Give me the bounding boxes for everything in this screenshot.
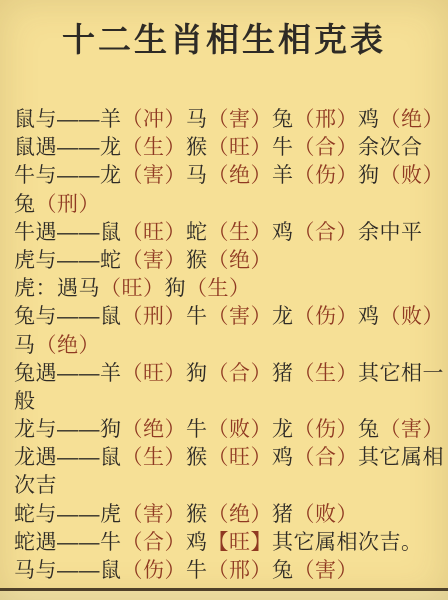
zodiac-text: 狗: [358, 164, 380, 187]
zodiac-table: 鼠与——羊（冲）马（害）兔（邢）鸡（绝）鼠遇——龙（生）猴（旺）牛（合）余次合牛…: [14, 106, 442, 585]
photo-bottom-band: [0, 591, 448, 600]
zodiac-text: 鸡: [272, 446, 294, 469]
zodiac-text: 马: [14, 334, 36, 357]
table-row: 牛遇——鼠（旺）蛇（生）鸡（合）余中平: [14, 219, 442, 247]
zodiac-text: 龙: [272, 305, 294, 328]
relation-term: （绝）: [380, 108, 445, 131]
table-row: 鼠遇——龙（生）猴（旺）牛（合）余次合: [14, 134, 442, 162]
zodiac-text: 兔: [272, 108, 294, 131]
table-row: 虎与——蛇（害）猴（绝）: [14, 247, 442, 275]
relation-term: （伤）: [294, 164, 359, 187]
zodiac-text: 兔: [272, 559, 294, 582]
relation-term: （害）: [122, 503, 187, 526]
table-row: 兔（刑）: [14, 191, 442, 219]
zodiac-text: 猴: [186, 503, 208, 526]
zodiac-text: 猴: [186, 136, 208, 159]
relation-term: （合）: [208, 362, 273, 385]
relation-term: （害）: [122, 249, 187, 272]
table-row: 蛇与——虎（害）猴（绝）猪（败）: [14, 501, 442, 529]
relation-term: （旺）: [122, 221, 187, 244]
relation-term: （伤）: [122, 559, 187, 582]
table-row: 兔与——鼠（刑）牛（害）龙（伤）鸡（败）: [14, 303, 442, 331]
zodiac-chart-photo: 十二生肖相生相克表 鼠与——羊（冲）马（害）兔（邢）鸡（绝）鼠遇——龙（生）猴（…: [0, 0, 448, 600]
relation-term: （绝）: [36, 334, 101, 357]
relation-term: （绝）: [208, 249, 273, 272]
zodiac-text: 蛇遇——牛: [14, 531, 122, 554]
relation-term: （旺）: [122, 362, 187, 385]
zodiac-text: 余次合: [358, 136, 423, 159]
relation-term: （生）: [186, 277, 251, 300]
zodiac-text: 般: [14, 390, 36, 413]
relation-term: （邢）: [208, 559, 273, 582]
table-row: 虎：遇马（旺）狗（生）: [14, 275, 442, 303]
table-row: 次吉: [14, 472, 442, 500]
zodiac-text: 牛: [186, 559, 208, 582]
zodiac-text: 余中平: [358, 221, 423, 244]
relation-term: （生）: [294, 362, 359, 385]
table-row: 蛇遇——牛（合）鸡【旺】其它属相次吉。: [14, 529, 442, 557]
zodiac-text: 猴: [186, 446, 208, 469]
table-row: 鼠与——羊（冲）马（害）兔（邢）鸡（绝）: [14, 106, 442, 134]
zodiac-text: 兔与——鼠: [14, 305, 122, 328]
zodiac-text: 兔: [358, 418, 380, 441]
relation-term: （旺）: [208, 136, 273, 159]
relation-term: （害）: [122, 164, 187, 187]
relation-term: （绝）: [208, 164, 273, 187]
zodiac-text: 牛: [186, 305, 208, 328]
relation-term: （合）: [294, 221, 359, 244]
zodiac-text: 兔: [14, 193, 36, 216]
table-row: 般: [14, 388, 442, 416]
relation-term: （刑）: [122, 305, 187, 328]
table-row: 龙遇——鼠（生）猴（旺）鸡（合）其它属相: [14, 444, 442, 472]
zodiac-text: 其它属相次吉。: [272, 531, 423, 554]
relation-term: （害）: [208, 305, 273, 328]
zodiac-text: 狗: [165, 277, 187, 300]
zodiac-text: 蛇: [186, 221, 208, 244]
relation-term: （败）: [380, 164, 445, 187]
relation-term: （刑）: [36, 193, 101, 216]
relation-term: （败）: [380, 305, 445, 328]
zodiac-text: 龙遇——鼠: [14, 446, 122, 469]
zodiac-text: 虎与——蛇: [14, 249, 122, 272]
zodiac-text: 马: [186, 108, 208, 131]
zodiac-text: 猴: [186, 249, 208, 272]
zodiac-text: 牛与——龙: [14, 164, 122, 187]
zodiac-text: 马与——鼠: [14, 559, 122, 582]
zodiac-text: 鸡: [358, 305, 380, 328]
page-title: 十二生肖相生相克表: [0, 14, 448, 61]
relation-term: （合）: [294, 136, 359, 159]
zodiac-text: 鼠遇——龙: [14, 136, 122, 159]
relation-term: （绝）: [208, 503, 273, 526]
relation-term: （伤）: [294, 305, 359, 328]
relation-term: （旺）: [208, 446, 273, 469]
zodiac-text: 其它属相: [358, 446, 444, 469]
relation-term: （害）: [294, 559, 359, 582]
relation-term: （败）: [294, 503, 359, 526]
zodiac-text: 虎：遇马: [14, 277, 100, 300]
zodiac-text: 羊: [272, 164, 294, 187]
zodiac-text: 鼠与——羊: [14, 108, 122, 131]
table-row: 兔遇——羊（旺）狗（合）猪（生）其它相一: [14, 360, 442, 388]
relation-term: （生）: [122, 446, 187, 469]
zodiac-text: 猪: [272, 503, 294, 526]
relation-term: （害）: [380, 418, 445, 441]
zodiac-text: 蛇与——虎: [14, 503, 122, 526]
zodiac-text: 马: [186, 164, 208, 187]
zodiac-text: 狗: [186, 362, 208, 385]
relation-term: （旺）: [100, 277, 165, 300]
zodiac-text: 鸡: [358, 108, 380, 131]
zodiac-text: 次吉: [14, 474, 57, 497]
zodiac-text: 猪: [272, 362, 294, 385]
relation-term: 【旺】: [208, 531, 273, 554]
zodiac-text: 鸡: [272, 221, 294, 244]
table-row: 马与——鼠（伤）牛（邢）兔（害）: [14, 557, 442, 585]
zodiac-text: 牛: [186, 418, 208, 441]
zodiac-text: 兔遇——羊: [14, 362, 122, 385]
zodiac-text: 龙: [272, 418, 294, 441]
zodiac-text: 牛遇——鼠: [14, 221, 122, 244]
zodiac-text: 其它相一: [358, 362, 444, 385]
table-row: 龙与——狗（绝）牛（败）龙（伤）兔（害）: [14, 416, 442, 444]
relation-term: （生）: [208, 221, 273, 244]
relation-term: （邢）: [294, 108, 359, 131]
relation-term: （冲）: [122, 108, 187, 131]
relation-term: （败）: [208, 418, 273, 441]
relation-term: （伤）: [294, 418, 359, 441]
relation-term: （合）: [294, 446, 359, 469]
relation-term: （绝）: [122, 418, 187, 441]
zodiac-text: 龙与——狗: [14, 418, 122, 441]
table-row: 牛与——龙（害）马（绝）羊（伤）狗（败）: [14, 162, 442, 190]
relation-term: （合）: [122, 531, 187, 554]
relation-term: （生）: [122, 136, 187, 159]
zodiac-text: 鸡: [186, 531, 208, 554]
table-row: 马（绝）: [14, 332, 442, 360]
relation-term: （害）: [208, 108, 273, 131]
zodiac-text: 牛: [272, 136, 294, 159]
